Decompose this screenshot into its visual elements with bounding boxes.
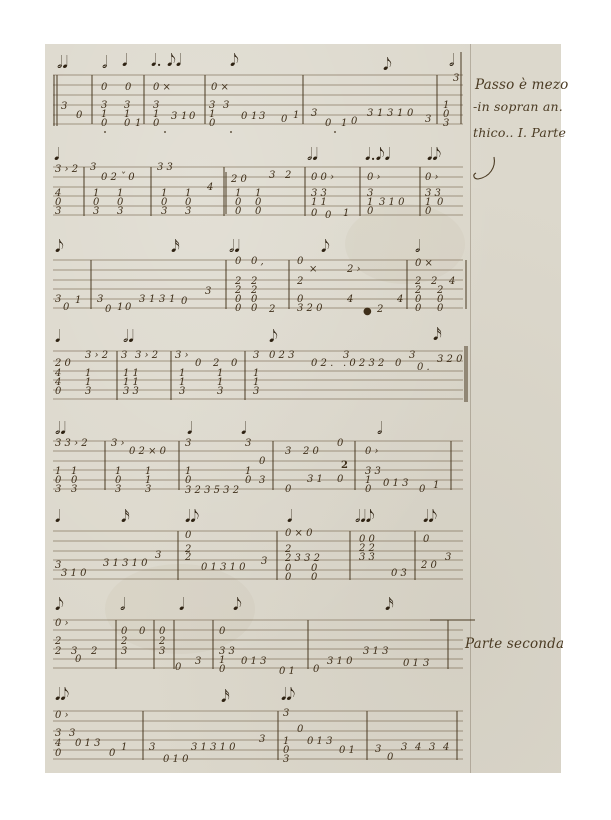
section-label-parte-seconda: Parte seconda xyxy=(465,638,564,652)
svg-text:0: 0 xyxy=(365,484,372,495)
system-7: 𝅘𝅥𝅮 𝅗𝅥 𝅘𝅥 𝅘𝅥𝅮 𝅘𝅥𝅯 0 › 2 232 0 00 23 023 … xyxy=(53,595,475,677)
svg-text:𝅗𝅥: 𝅗𝅥 xyxy=(415,237,420,257)
svg-text:𝅘𝅥𝅮𝅘𝅥: 𝅘𝅥𝅮𝅘𝅥 xyxy=(167,51,181,71)
svg-text:𝅘𝅥𝅯: 𝅘𝅥𝅯 xyxy=(221,687,230,707)
svg-text:3: 3 xyxy=(259,475,265,486)
svg-text:3: 3 xyxy=(453,73,459,84)
svg-text:0: 0 xyxy=(153,118,160,129)
svg-text:𝅘𝅥: 𝅘𝅥 xyxy=(55,507,60,527)
system-2: 𝅘𝅥 𝅗𝅥𝅘𝅥 𝅘𝅥.𝅘𝅥𝅮𝅘𝅥 𝅘𝅥𝅘𝅥𝅮 3 › 2 403 30 2 ˇ … xyxy=(53,145,463,221)
svg-text:0 1: 0 1 xyxy=(403,658,419,669)
svg-text:0 1 3 1 0: 0 1 3 1 0 xyxy=(201,562,246,573)
svg-text:4: 4 xyxy=(414,742,421,753)
svg-text:3 1 0: 3 1 0 xyxy=(61,568,87,579)
svg-text:0: 0 xyxy=(325,118,332,129)
system-6: 𝅘𝅥 𝅘𝅥𝅯 𝅘𝅥𝅘𝅥𝅮 𝅘𝅥 𝅗𝅥𝅘𝅥𝅘𝅥𝅮 𝅘𝅥𝅘𝅥𝅮 33 1 0 3 1… xyxy=(53,507,463,583)
svg-text:𝅘𝅥: 𝅘𝅥 xyxy=(287,507,292,527)
svg-text:0 .: 0 . xyxy=(417,362,430,373)
svg-text:1: 1 xyxy=(433,480,439,491)
svg-text:3 2 3 5 3 2: 3 2 3 5 3 2 xyxy=(185,485,239,496)
svg-text:0: 0 xyxy=(75,654,82,665)
svg-text:0 × 0: 0 × 0 xyxy=(285,528,313,539)
svg-text:1: 1 xyxy=(377,108,383,119)
svg-text:3: 3 xyxy=(155,550,161,561)
svg-text:3: 3 xyxy=(261,556,267,567)
svg-text:3 › 2: 3 › 2 xyxy=(55,164,78,175)
svg-text:0: 0 xyxy=(423,534,430,545)
svg-text:3: 3 xyxy=(85,386,91,397)
svg-text:3 1 0: 3 1 0 xyxy=(379,197,405,208)
svg-text:1: 1 xyxy=(181,111,187,122)
svg-text:0: 0 xyxy=(76,110,83,121)
svg-text:3: 3 xyxy=(55,206,61,217)
flourish-icon xyxy=(470,155,500,185)
svg-text:3: 3 xyxy=(185,438,191,449)
svg-text:3: 3 xyxy=(161,206,167,217)
svg-text:0: 0 xyxy=(313,664,320,675)
svg-text:0 ,: 0 , xyxy=(251,256,264,267)
svg-text:3: 3 xyxy=(253,386,259,397)
svg-text:3 1 3: 3 1 3 xyxy=(363,646,388,657)
svg-text:3: 3 xyxy=(429,742,435,753)
svg-text:3: 3 xyxy=(423,658,429,669)
svg-text:0: 0 xyxy=(101,82,108,93)
svg-text:3 2 0: 3 2 0 xyxy=(297,303,323,314)
svg-text:3: 3 xyxy=(159,646,165,657)
svg-text:0: 0 xyxy=(139,626,146,637)
svg-text:4: 4 xyxy=(346,294,353,305)
svg-text:4: 4 xyxy=(442,742,449,753)
svg-text:3 › 2: 3 › 2 xyxy=(135,350,158,361)
svg-text:2 0: 2 0 xyxy=(302,446,320,457)
svg-text:𝅗𝅥𝅘𝅥: 𝅗𝅥𝅘𝅥 xyxy=(57,53,68,73)
svg-text:0: 0 xyxy=(241,111,248,122)
svg-text:𝅘𝅥𝅯: 𝅘𝅥𝅯 xyxy=(121,507,130,527)
system-3: 𝅘𝅥𝅮 𝅘𝅥𝅯 𝅗𝅥𝅘𝅥 𝅘𝅥𝅮 𝅗𝅥 301 3010 31310 3 00 … xyxy=(53,237,466,317)
svg-text:0 ×: 0 × xyxy=(153,82,171,93)
svg-text:3: 3 xyxy=(139,294,145,305)
svg-text:×: × xyxy=(309,264,317,275)
svg-text:𝅘𝅥.: 𝅘𝅥. xyxy=(151,51,162,71)
svg-text:0: 0 xyxy=(105,304,112,315)
svg-text:1: 1 xyxy=(293,110,299,121)
svg-text:0: 0 xyxy=(255,206,262,217)
svg-text:3: 3 xyxy=(223,100,229,111)
svg-text:3: 3 xyxy=(425,114,431,125)
svg-text:1 1: 1 1 xyxy=(311,197,327,208)
svg-text:4: 4 xyxy=(448,276,455,287)
svg-text:0 1 3: 0 1 3 xyxy=(307,736,332,747)
svg-text:3 1 3 1 0: 3 1 3 1 0 xyxy=(103,558,148,569)
svg-text:3: 3 xyxy=(285,446,291,457)
svg-text:3 › 2: 3 › 2 xyxy=(85,350,108,361)
svg-text:1: 1 xyxy=(121,742,127,753)
svg-text:0 2 ˇ 0: 0 2 ˇ 0 xyxy=(101,172,135,183)
svg-text:𝅘𝅥𝅯: 𝅘𝅥𝅯 xyxy=(385,595,394,615)
svg-text:2: 2 xyxy=(268,304,275,315)
svg-text:3: 3 xyxy=(55,294,61,305)
svg-text:0: 0 xyxy=(235,206,242,217)
svg-text:2: 2 xyxy=(54,646,61,657)
svg-text:0: 0 xyxy=(109,748,116,759)
svg-text:●: ● xyxy=(363,306,372,317)
svg-text:0: 0 xyxy=(55,748,62,759)
svg-text:2: 2 xyxy=(341,460,348,471)
svg-text:𝅘𝅥: 𝅘𝅥 xyxy=(241,419,246,439)
svg-text:0 1 3: 0 1 3 xyxy=(383,478,408,489)
svg-text:1: 1 xyxy=(169,294,175,305)
svg-text:0: 0 xyxy=(281,114,288,125)
svg-text:0: 0 xyxy=(311,572,318,583)
svg-text:3: 3 xyxy=(121,350,127,361)
svg-text:𝅗𝅥𝅘𝅥: 𝅗𝅥𝅘𝅥 xyxy=(123,327,134,347)
svg-text:𝅘𝅥𝅮: 𝅘𝅥𝅮 xyxy=(269,327,278,347)
svg-text:0: 0 xyxy=(235,303,242,314)
svg-text:3: 3 xyxy=(55,484,61,495)
system-8: 𝅘𝅥𝅘𝅥𝅮 𝅘𝅥𝅯 𝅘𝅥𝅘𝅥𝅮 0 › 33 40 1 3 001 30 1 0… xyxy=(53,685,463,765)
svg-text:0: 0 xyxy=(297,256,304,267)
system-4: 𝅘𝅥 𝅗𝅥𝅘𝅥 𝅘𝅥𝅮 𝅘𝅥𝅯 2 03 › 2 41 41 03 33 › 2… xyxy=(53,325,467,402)
svg-text:0: 0 xyxy=(425,206,432,217)
svg-text:0: 0 xyxy=(387,752,394,763)
svg-text:𝅘𝅥𝅮: 𝅘𝅥𝅮 xyxy=(55,237,64,257)
svg-text:3: 3 xyxy=(445,552,451,563)
svg-text:1: 1 xyxy=(397,108,403,119)
svg-text:0: 0 xyxy=(101,118,108,129)
svg-text:𝅘𝅥𝅮: 𝅘𝅥𝅮 xyxy=(321,237,330,257)
svg-text:0: 0 xyxy=(55,386,62,397)
svg-text:3 3: 3 3 xyxy=(157,162,173,173)
svg-text:0 ×: 0 × xyxy=(211,82,229,93)
svg-text:𝅘𝅥𝅮: 𝅘𝅥𝅮 xyxy=(55,595,64,615)
svg-text:0: 0 xyxy=(395,358,402,369)
svg-text:2 ›: 2 › xyxy=(346,264,361,275)
svg-text:0: 0 xyxy=(235,256,242,267)
svg-text:𝅘𝅥: 𝅘𝅥 xyxy=(54,145,59,165)
svg-text:3: 3 xyxy=(269,170,275,181)
svg-text:3: 3 xyxy=(159,294,165,305)
svg-text:0: 0 xyxy=(351,116,358,127)
svg-text:0 1 0: 0 1 0 xyxy=(163,754,189,765)
svg-text:𝅘𝅥𝅮: 𝅘𝅥𝅮 xyxy=(230,51,239,71)
svg-text:3: 3 xyxy=(259,111,265,122)
svg-text:𝅗𝅥𝅘𝅥: 𝅗𝅥𝅘𝅥 xyxy=(229,237,240,257)
svg-text:0: 0 xyxy=(337,474,344,485)
svg-text:0 ›: 0 › xyxy=(55,710,69,721)
svg-text:𝅘𝅥𝅮: 𝅘𝅥𝅮 xyxy=(383,55,392,75)
svg-text:𝅗𝅥: 𝅗𝅥 xyxy=(102,53,107,73)
svg-text:1: 1 xyxy=(135,118,141,129)
svg-text:0: 0 xyxy=(185,530,192,541)
svg-text:3 ›: 3 › xyxy=(175,350,189,361)
svg-text:3: 3 xyxy=(259,734,265,745)
svg-text:3: 3 xyxy=(171,111,177,122)
title-inscription-line-1: Passo è mezo xyxy=(475,79,569,93)
svg-text:3: 3 xyxy=(387,108,393,119)
svg-text:0: 0 xyxy=(219,626,226,637)
svg-text:3 2 0: 3 2 0 xyxy=(437,354,463,365)
svg-text:𝅘𝅥: 𝅘𝅥 xyxy=(179,595,184,615)
svg-text:4: 4 xyxy=(206,182,213,193)
svg-text:0: 0 xyxy=(285,572,292,583)
svg-text:3: 3 xyxy=(97,294,103,305)
title-inscription-line-2: -in sopran an. xyxy=(473,101,563,114)
svg-text:4: 4 xyxy=(396,294,403,305)
svg-text:𝅘𝅥.𝅘𝅥𝅮𝅘𝅥: 𝅘𝅥.𝅘𝅥𝅮𝅘𝅥 xyxy=(365,145,390,165)
svg-text:0: 0 xyxy=(245,475,252,486)
svg-text:0: 0 xyxy=(251,303,258,314)
svg-text:2: 2 xyxy=(284,170,291,181)
svg-text:𝅘𝅥𝅘𝅥𝅮: 𝅘𝅥𝅘𝅥𝅮 xyxy=(423,507,437,527)
svg-text:2 0: 2 0 xyxy=(420,560,438,571)
svg-text:3: 3 xyxy=(217,386,223,397)
system-1: 𝅗𝅥𝅘𝅥 𝅗𝅥𝅘𝅥 𝅘𝅥.𝅘𝅥𝅮𝅘𝅥 𝅘𝅥𝅮 𝅘𝅥𝅮 𝅗𝅥 30 00 33 1… xyxy=(53,51,463,133)
svg-text:0 0 ›: 0 0 › xyxy=(311,172,334,183)
svg-text:0: 0 xyxy=(219,664,226,675)
svg-text:0: 0 xyxy=(437,303,444,314)
svg-text:3: 3 xyxy=(253,350,259,361)
svg-text:0 1: 0 1 xyxy=(279,666,295,677)
manuscript-page: .line { stroke: #6d5a40; stroke-width: 0… xyxy=(45,44,561,773)
svg-text:3: 3 xyxy=(375,744,381,755)
svg-text:0 ›: 0 › xyxy=(425,172,439,183)
svg-text:0: 0 xyxy=(337,438,344,449)
svg-text:0: 0 xyxy=(325,210,332,221)
svg-text:𝅗𝅥𝅘𝅥: 𝅗𝅥𝅘𝅥 xyxy=(307,145,318,165)
svg-text:𝅘𝅥: 𝅘𝅥 xyxy=(122,51,127,71)
svg-text:0 ×: 0 × xyxy=(415,258,433,269)
svg-text:0 ›: 0 › xyxy=(55,618,69,629)
svg-text:1: 1 xyxy=(117,302,123,313)
svg-text:0: 0 xyxy=(311,208,318,219)
svg-text:𝅘𝅥𝅯: 𝅘𝅥𝅯 xyxy=(433,325,442,345)
svg-text:. 0 2 3 2: . 0 2 3 2 xyxy=(343,358,384,369)
svg-text:0 1: 0 1 xyxy=(339,745,355,756)
svg-text:3: 3 xyxy=(93,206,99,217)
svg-text:0: 0 xyxy=(259,456,266,467)
svg-text:3: 3 xyxy=(179,386,185,397)
svg-text:3: 3 xyxy=(367,108,373,119)
svg-text:0: 0 xyxy=(124,118,131,129)
svg-text:0: 0 xyxy=(125,82,132,93)
svg-text:𝅘𝅥𝅘𝅥𝅮: 𝅘𝅥𝅘𝅥𝅮 xyxy=(55,685,69,705)
svg-text:3: 3 xyxy=(245,438,251,449)
svg-text:0: 0 xyxy=(195,358,202,369)
system-5: 𝅗𝅥𝅘𝅥 𝅘𝅥 𝅘𝅥 𝅗𝅥 3 3 › 2 11 00 33 3 ›0 2 × … xyxy=(53,419,463,496)
svg-text:0: 0 xyxy=(367,206,374,217)
svg-text:0 1 3: 0 1 3 xyxy=(241,656,266,667)
svg-text:0: 0 xyxy=(407,108,414,119)
svg-text:3: 3 xyxy=(443,118,449,129)
svg-text:3: 3 xyxy=(409,350,415,361)
svg-text:𝅗𝅥: 𝅗𝅥 xyxy=(377,419,382,439)
svg-text:0: 0 xyxy=(209,118,216,129)
svg-text:0 2 3: 0 2 3 xyxy=(269,350,294,361)
svg-text:𝅘𝅥: 𝅘𝅥 xyxy=(55,327,60,347)
svg-text:𝅗𝅥: 𝅗𝅥 xyxy=(449,51,454,71)
svg-text:0: 0 xyxy=(415,303,422,314)
svg-text:1: 1 xyxy=(75,295,81,306)
svg-text:0 2 × 0: 0 2 × 0 xyxy=(129,446,167,457)
svg-text:3: 3 xyxy=(145,484,151,495)
svg-text:𝅘𝅥𝅘𝅥𝅮: 𝅘𝅥𝅘𝅥𝅮 xyxy=(281,685,295,705)
svg-text:𝅘𝅥𝅮: 𝅘𝅥𝅮 xyxy=(233,595,242,615)
svg-text:1: 1 xyxy=(343,208,349,219)
svg-text:2: 2 xyxy=(184,552,191,563)
svg-text:𝅗𝅥: 𝅗𝅥 xyxy=(120,595,125,615)
tablature-systems: .line { stroke: #6d5a40; stroke-width: 0… xyxy=(45,44,561,773)
svg-text:0 ›: 0 › xyxy=(365,446,379,457)
svg-text:0: 0 xyxy=(125,302,132,313)
svg-text:3 1 3 1 0: 3 1 3 1 0 xyxy=(191,742,236,753)
svg-text:𝅘𝅥𝅘𝅥𝅮: 𝅘𝅥𝅘𝅥𝅮 xyxy=(427,145,441,165)
svg-text:3: 3 xyxy=(401,742,407,753)
svg-text:3 1 0: 3 1 0 xyxy=(327,656,353,667)
svg-text:0: 0 xyxy=(231,358,238,369)
title-inscription-line-3: thico.. I. Parte xyxy=(473,127,566,140)
svg-text:𝅘𝅥: 𝅘𝅥 xyxy=(187,419,192,439)
svg-text:3: 3 xyxy=(61,101,67,112)
svg-text:3: 3 xyxy=(121,646,127,657)
svg-text:3: 3 xyxy=(195,656,201,667)
svg-text:3 3 › 2: 3 3 › 2 xyxy=(55,438,88,449)
svg-text:3: 3 xyxy=(185,206,191,217)
svg-text:0: 0 xyxy=(437,197,444,208)
svg-text:1: 1 xyxy=(251,111,257,122)
svg-text:1: 1 xyxy=(341,118,347,129)
svg-text:𝅗𝅥𝅘𝅥𝅘𝅥𝅮: 𝅗𝅥𝅘𝅥𝅘𝅥𝅮 xyxy=(355,507,375,527)
svg-text:0 3: 0 3 xyxy=(391,568,407,579)
svg-text:3 ›: 3 › xyxy=(111,438,125,449)
svg-text:3 3: 3 3 xyxy=(359,552,375,563)
svg-text:𝅘𝅥𝅯: 𝅘𝅥𝅯 xyxy=(171,237,180,257)
svg-text:3: 3 xyxy=(283,754,289,765)
svg-text:0: 0 xyxy=(297,724,304,735)
svg-text:0: 0 xyxy=(285,484,292,495)
svg-text:2: 2 xyxy=(296,276,303,287)
svg-text:1: 1 xyxy=(149,294,155,305)
svg-text:0 2 .: 0 2 . xyxy=(311,358,333,369)
svg-text:0: 0 xyxy=(175,662,182,673)
svg-text:2: 2 xyxy=(90,646,97,657)
svg-text:3: 3 xyxy=(205,286,211,297)
svg-text:2: 2 xyxy=(376,304,383,315)
svg-text:3: 3 xyxy=(90,162,96,173)
svg-text:3 1: 3 1 xyxy=(307,474,323,485)
svg-text:0: 0 xyxy=(181,296,188,307)
svg-text:0: 0 xyxy=(63,302,70,313)
svg-text:𝅘𝅥𝅘𝅥𝅮: 𝅘𝅥𝅘𝅥𝅮 xyxy=(185,507,199,527)
svg-text:0 ›: 0 › xyxy=(367,172,381,183)
svg-text:3: 3 xyxy=(71,484,77,495)
svg-text:2 0: 2 0 xyxy=(230,174,248,185)
svg-text:3: 3 xyxy=(117,206,123,217)
svg-text:𝅗𝅥𝅘𝅥: 𝅗𝅥𝅘𝅥 xyxy=(55,419,66,439)
svg-text:3: 3 xyxy=(149,742,155,753)
svg-text:3 3: 3 3 xyxy=(123,386,139,397)
svg-text:0: 0 xyxy=(419,484,426,495)
svg-text:3: 3 xyxy=(115,484,121,495)
svg-text:3: 3 xyxy=(311,108,317,119)
svg-text:0: 0 xyxy=(189,111,196,122)
svg-text:3: 3 xyxy=(283,708,289,719)
svg-text:0 1 3: 0 1 3 xyxy=(75,738,100,749)
